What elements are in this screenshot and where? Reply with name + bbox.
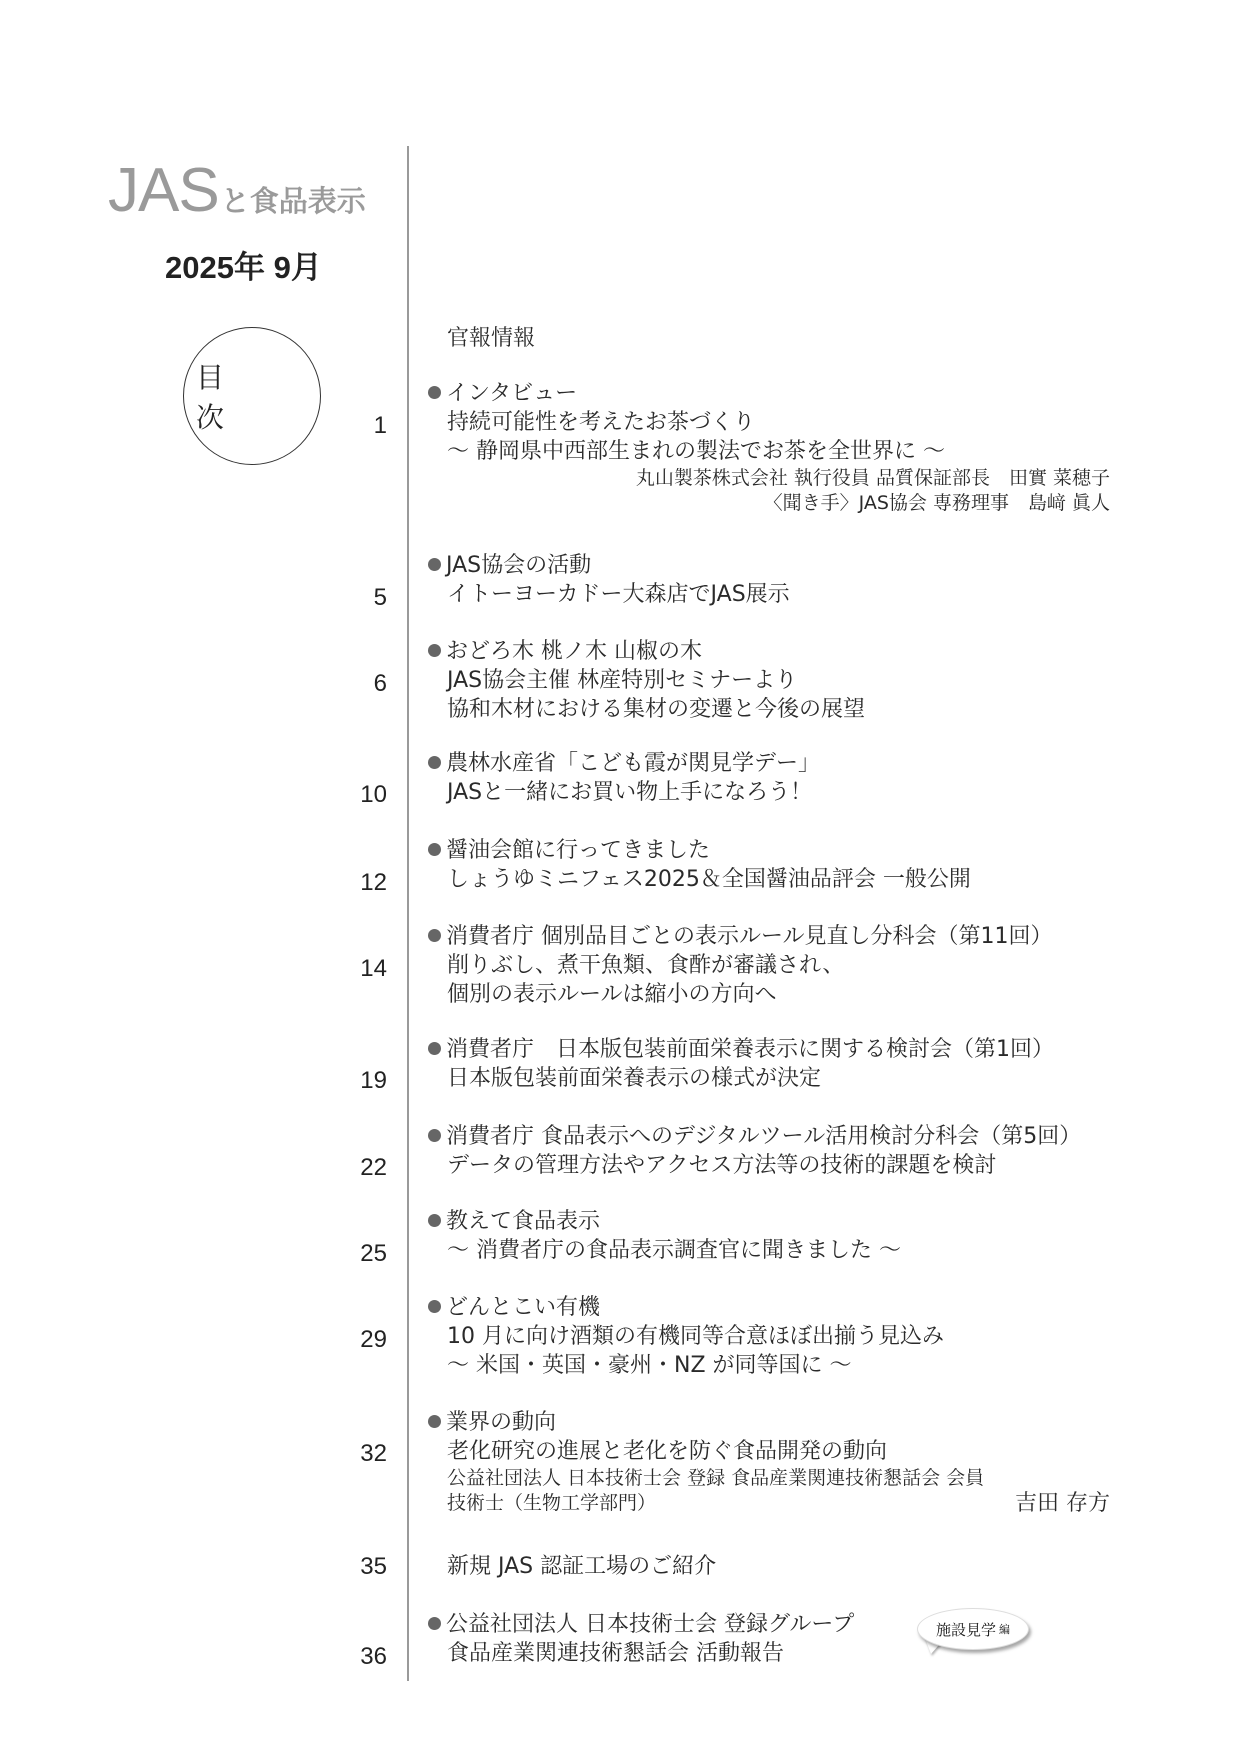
page-number: 19 [300,1067,387,1095]
entry-category: 公益社団法人 日本技術士会 登録グループ [446,1612,854,1637]
entry-credit: 公益社団法人 日本技術士会 登録 食品産業関連技術懇話会 会員 [428,1466,1128,1491]
entry-title: JASと一緒にお買い物上手になろう！ [428,778,1128,807]
page-number: 32 [300,1440,387,1468]
bullet-icon [428,558,441,571]
bullet-icon [428,1617,441,1630]
entry-category: 消費者庁 日本版包装前面栄養表示に関する検討会（第1回） [446,1037,1054,1062]
entry-title: 持続可能性を考えたお茶づくり [428,408,1128,437]
page-number: 29 [300,1326,387,1354]
toc-entry-caa-fop[interactable]: 消費者庁 日本版包装前面栄養表示に関する検討会（第1回） 日本版包装前面栄養表示… [428,1035,1128,1093]
toc-entry-organic[interactable]: どんとこい有機 10 月に向け酒類の有機同等合意ほぼ出揃う見込み 〜 米国・英国… [428,1293,1128,1380]
toc-entry-jas-activity[interactable]: JAS協会の活動 イトーヨーカドー大森店でJAS展示 [428,551,1128,609]
entry-category: 業界の動向 [446,1410,556,1435]
entry-category: JAS協会の活動 [446,553,591,578]
bullet-icon [428,1042,441,1055]
entry-title: 個別の表示ルールは縮小の方向へ [428,980,1128,1009]
page-number: 25 [300,1240,387,1268]
toc-entry-industry[interactable]: 業界の動向 老化研究の進展と老化を防ぐ食品開発の動向 公益社団法人 日本技術士会… [428,1408,1128,1516]
toc-entry-kanpo[interactable]: 官報情報 [428,324,1128,353]
entry-title: 日本版包装前面栄養表示の様式が決定 [428,1064,1128,1093]
page-number: 36 [300,1643,387,1671]
bullet-icon [428,1214,441,1227]
entry-title: 官報情報 [428,324,1128,353]
page-number: 22 [300,1154,387,1182]
entry-category: おどろ木 桃ノ木 山椒の木 [446,639,702,664]
entry-title: JAS協会主催 林産特別セミナーより [428,666,1128,695]
page-number: 5 [300,584,387,612]
entry-title: 〜 消費者庁の食品表示調査官に聞きました 〜 [428,1236,1128,1265]
entry-subtitle: 〜 静岡県中西部生まれの製法でお茶を全世界に 〜 [428,437,1128,466]
entry-category: どんとこい有機 [446,1295,600,1320]
entry-credit: 技術士（生物工学部門） [447,1491,656,1516]
entry-title: 老化研究の進展と老化を防ぐ食品開発の動向 [428,1437,1128,1466]
entry-title: しょうゆミニフェス2025＆全国醤油品評会 一般公開 [428,865,1128,894]
bullet-icon [428,386,441,399]
divider [407,146,409,1681]
bullet-icon [428,843,441,856]
entry-author: 吉田 存方 [1015,1491,1110,1516]
page-number: 14 [300,955,387,983]
entry-title: 削りぶし、煮干魚類、食酢が審議され、 [428,951,1128,980]
badge-text: 施設見学 [936,1619,996,1640]
issue-date: 2025年 9月 [165,242,322,287]
entry-title: 協和木材における集材の変遷と今後の展望 [428,695,1128,724]
entry-title: 食品産業関連技術懇話会 活動報告 [428,1639,1128,1668]
entry-credit: 〈聞き手〉JAS協会 専務理事 島﨑 眞人 [428,491,1128,516]
bullet-icon [428,929,441,942]
toc-entry-shoyu[interactable]: 醤油会館に行ってきました しょうゆミニフェス2025＆全国醤油品評会 一般公開 [428,836,1128,894]
speech-bubble-badge: 施設見学編 [917,1608,1029,1650]
toc-entry-kodomo[interactable]: 農林水産省「こども霞が関見学デー」 JASと一緒にお買い物上手になろう！ [428,749,1128,807]
entry-category: インタビュー [446,381,577,406]
entry-title: 新規 JAS 認証工場のご紹介 [428,1552,1128,1581]
page-number: 12 [300,869,387,897]
page-number: 10 [300,781,387,809]
toc-entry-caa-digital[interactable]: 消費者庁 食品表示へのデジタルツール活用検討分科会（第5回） データの管理方法や… [428,1122,1128,1180]
bullet-icon [428,756,441,769]
masthead-title-jp: と食品表示 [221,184,366,218]
entry-category: 消費者庁 食品表示へのデジタルツール活用検討分科会（第5回） [446,1124,1081,1149]
page-number: 6 [300,670,387,698]
toc-entry-odoroki[interactable]: おどろ木 桃ノ木 山椒の木 JAS協会主催 林産特別セミナーより 協和木材におけ… [428,637,1128,724]
entry-credit: 丸山製茶株式会社 執行役員 品質保証部長 田實 菜穂子 [428,466,1128,491]
entry-category: 醤油会館に行ってきました [446,838,710,863]
toc-entry-oshiete[interactable]: 教えて食品表示 〜 消費者庁の食品表示調査官に聞きました 〜 [428,1207,1128,1265]
entry-title: データの管理方法やアクセス方法等の技術的課題を検討 [428,1151,1128,1180]
toc-label: 目 次 [183,327,321,465]
entry-title: 10 月に向け酒類の有機同等合意ほぼ出揃う見込み [428,1322,1128,1351]
masthead: JASと食品表示 [108,155,366,226]
page-number: 35 [300,1553,387,1581]
entry-subtitle: 〜 米国・英国・豪州・NZ が同等国に 〜 [428,1351,1128,1380]
toc-entry-caa-11[interactable]: 消費者庁 個別品目ごとの表示ルール見直し分科会（第11回） 削りぶし、煮干魚類、… [428,922,1128,1009]
bullet-icon [428,1300,441,1313]
entry-category: 消費者庁 個別品目ごとの表示ルール見直し分科会（第11回） [446,924,1053,949]
masthead-title-latin: JAS [108,156,219,225]
entry-category: 農林水産省「こども霞が関見学デー」 [446,751,820,776]
toc-entry-new-jas[interactable]: 新規 JAS 認証工場のご紹介 [428,1552,1128,1581]
page-number: 1 [300,412,387,440]
badge-suffix: 編 [999,1621,1010,1637]
bullet-icon [428,1129,441,1142]
entry-title: イトーヨーカドー大森店でJAS展示 [428,580,1128,609]
entry-category: 教えて食品表示 [446,1209,600,1234]
bullet-icon [428,644,441,657]
bullet-icon [428,1415,441,1428]
toc-entry-interview[interactable]: インタビュー 持続可能性を考えたお茶づくり 〜 静岡県中西部生まれの製法でお茶を… [428,379,1128,516]
